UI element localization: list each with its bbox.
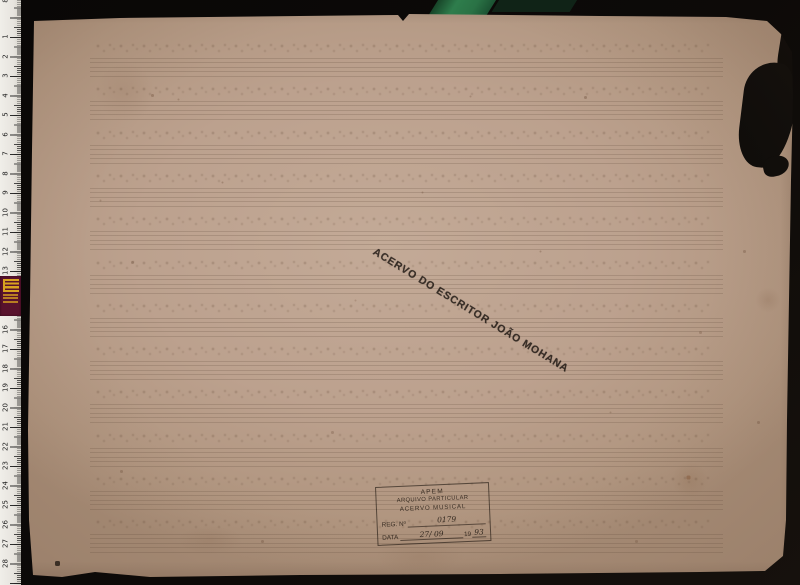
- ruler-number: 1: [2, 32, 11, 42]
- music-staff: [90, 404, 723, 423]
- ruler: 8 12345678910111213141516171819202122232…: [0, 0, 21, 585]
- music-staff: [90, 318, 723, 337]
- ruler-number: 13: [2, 266, 11, 276]
- ghost-notes-impression: [95, 42, 710, 55]
- music-staff: [90, 231, 723, 250]
- stamp-year-value-field: 93: [472, 527, 486, 538]
- calibration-stripe-green: [429, 0, 498, 15]
- ruler-number: 26: [2, 519, 11, 529]
- stamp-year-prefix: 19: [464, 531, 471, 538]
- stamp-reg-label: REG. Nº: [382, 520, 407, 528]
- ghost-notes-impression: [95, 302, 710, 315]
- stamp-year-value: 93: [474, 527, 484, 536]
- ghost-notes-impression: [95, 432, 710, 445]
- ruler-number: 17: [2, 344, 11, 354]
- ruler-number: 3: [2, 71, 11, 81]
- stamp-date-value-field: 27/ 09: [400, 528, 463, 541]
- ruler-number: 25: [2, 500, 11, 510]
- archive-emblem-icon: [3, 279, 19, 292]
- patch-textline: [3, 294, 18, 296]
- stamp-reg-row: REG. Nº 0179: [381, 513, 485, 528]
- music-staff: [90, 361, 723, 380]
- ruler-number: 6: [2, 129, 11, 139]
- ghost-notes-impression: [95, 172, 710, 185]
- ruler-number: 24: [2, 480, 11, 490]
- ruler-number: 28: [2, 558, 11, 568]
- stamp-date-value: 27/ 09: [419, 529, 443, 539]
- ruler-number: 7: [2, 149, 11, 159]
- ruler-number: 11: [2, 227, 11, 237]
- ruler-number: 18: [2, 363, 11, 373]
- ghost-notes-impression: [95, 388, 710, 401]
- ruler-number: 4: [2, 90, 11, 100]
- music-staff: [90, 448, 723, 467]
- ruler-number: 20: [2, 402, 11, 412]
- ruler-number: 19: [2, 383, 11, 393]
- ruler-number: 21: [2, 422, 11, 432]
- music-staff: [90, 145, 723, 164]
- ruler-number-partial: 8: [2, 0, 11, 6]
- ruler-number: 27: [2, 539, 11, 549]
- patch-textline: [3, 297, 18, 299]
- stamp-reg-value-field: 0179: [408, 513, 486, 527]
- damage-hole: [735, 59, 800, 171]
- ghost-notes-impression: [95, 85, 710, 98]
- music-staff: [90, 188, 723, 207]
- music-staff: [90, 58, 723, 77]
- calibration-stripe-dark: [492, 0, 579, 12]
- ruler-number: 2: [2, 51, 11, 61]
- patch-textline: [3, 301, 18, 303]
- ruler-number: 9: [2, 188, 11, 198]
- ruler-number: 10: [2, 207, 11, 217]
- archive-registration-stamp: APEM ARQUIVO PARTICULAR ACERVO MUSICAL R…: [375, 482, 491, 546]
- scan-background: 8 12345678910111213141516171819202122232…: [0, 0, 800, 585]
- ruler-logo-patch: [0, 276, 21, 316]
- stamp-date-row: DATA 27/ 09 19 93: [382, 527, 486, 542]
- ghost-notes-impression: [95, 129, 710, 142]
- ruler-number: 23: [2, 461, 11, 471]
- stamp-reg-value: 0179: [437, 515, 456, 525]
- ruler-number: 12: [2, 246, 11, 256]
- ruler-number: 22: [2, 441, 11, 451]
- ruler-number: 16: [2, 324, 11, 334]
- stamp-date-label: DATA: [382, 534, 398, 542]
- ruler-number: 5: [2, 110, 11, 120]
- music-staff: [90, 101, 723, 120]
- manuscript-paper: ACERVO DO ESCRITOR JOÃO MOHANA APEM ARQU…: [0, 0, 800, 585]
- ruler-number: 8: [2, 168, 11, 178]
- ghost-notes-impression: [95, 215, 710, 228]
- ghost-notes-impression: [95, 345, 710, 358]
